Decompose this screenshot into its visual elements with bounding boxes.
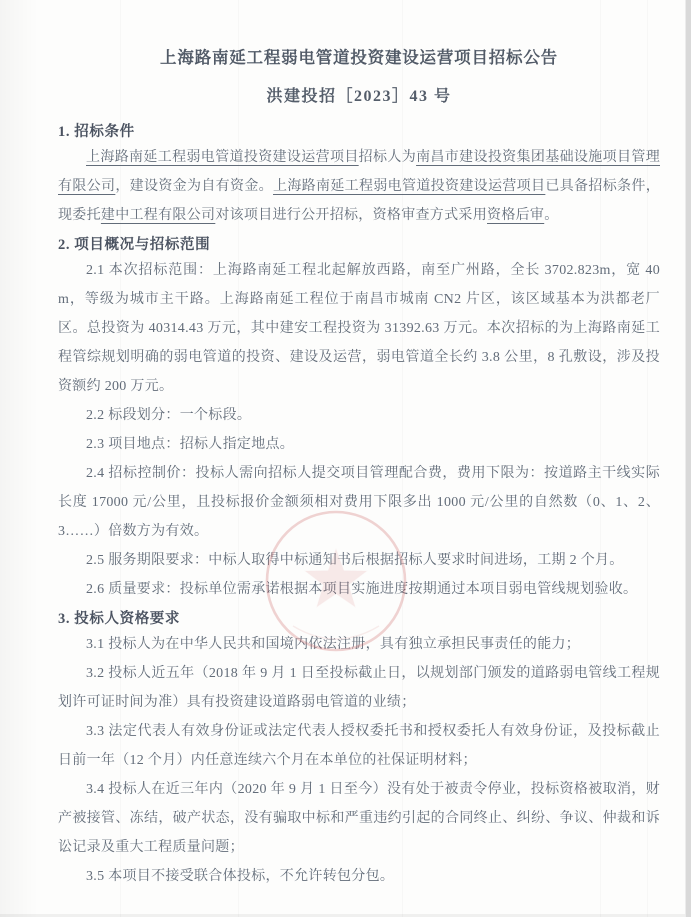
- section-heading-bidder-qualifications: 3. 投标人资格要求: [58, 608, 660, 630]
- paragraph-3-2: 3.2 投标人近五年（2018 年 9 月 1 日至投标截止日，以规划部门颁发的…: [58, 659, 660, 717]
- text-segment: 上海路南延工程弱电管道投资建设运营项目: [273, 179, 545, 194]
- text-segment: 资格后审: [487, 208, 544, 223]
- paragraph-3-1: 3.1 投标人为在中华人民共和国境内依法注册，具有独立承担民事责任的能力；: [58, 630, 660, 659]
- paragraph-3-5: 3.5 本项目不接受联合体投标，不允许转包分包。: [58, 862, 660, 891]
- paragraph-3-3: 3.3 法定代表人有效身份证或法定代表人授权委托书和授权委托人有效身份证，及投标…: [58, 717, 660, 775]
- scan-edge-right: [685, 0, 691, 917]
- section-heading-tender-conditions: 1. 招标条件: [58, 121, 660, 143]
- section-heading-project-overview: 2. 项目概况与招标范围: [58, 234, 660, 256]
- text-segment: 招标人为: [359, 150, 416, 165]
- document-page: 上海路南延工程弱电管道投资建设运营项目招标公告 洪建投招［2023］43 号 1…: [0, 0, 691, 917]
- document-number: 洪建投招［2023］43 号: [58, 85, 660, 109]
- paragraph-2-4: 2.4 招标控制价：投标人需向招标人提交项目管理配合费，费用下限为：按道路主干线…: [58, 459, 660, 546]
- text-segment: 对该项目进行公开招标，资格审查方式采用: [215, 208, 487, 223]
- text-segment: 上海路南延工程弱电管道投资建设运营项目: [86, 150, 359, 165]
- paragraph-2-5: 2.5 服务期限要求：中标人取得中标通知书后根据招标人要求时间进场，工期 2 个…: [58, 546, 660, 575]
- text-segment: 。: [544, 208, 558, 223]
- paragraph-2-2: 2.2 标段划分：一个标段。: [58, 401, 660, 430]
- paragraph-2-3: 2.3 项目地点：招标人指定地点。: [58, 430, 660, 459]
- paragraph-3-4: 3.4 投标人在近三年内（2020 年 9 月 1 日至今）没有处于被责令停业，…: [58, 775, 660, 862]
- text-segment: ，建设资金为自有资金。: [115, 179, 273, 194]
- paragraph-2-1: 2.1 本次招标范围：上海路南延工程北起解放西路，南至广州路，全长 3702.8…: [58, 256, 660, 401]
- paragraph-2-6: 2.6 质量要求：投标单位需承诺根据本项目实施进度按期通过本项目弱电管线规划验收…: [58, 575, 660, 604]
- text-segment: 建中工程有限公司: [101, 208, 215, 223]
- scan-edge-left: [0, 0, 38, 917]
- paragraph-tender-conditions: 上海路南延工程弱电管道投资建设运营项目招标人为南昌市建设投资集团基础设施项目管理…: [58, 143, 660, 230]
- document-title: 上海路南延工程弱电管道投资建设运营项目招标公告: [58, 45, 660, 71]
